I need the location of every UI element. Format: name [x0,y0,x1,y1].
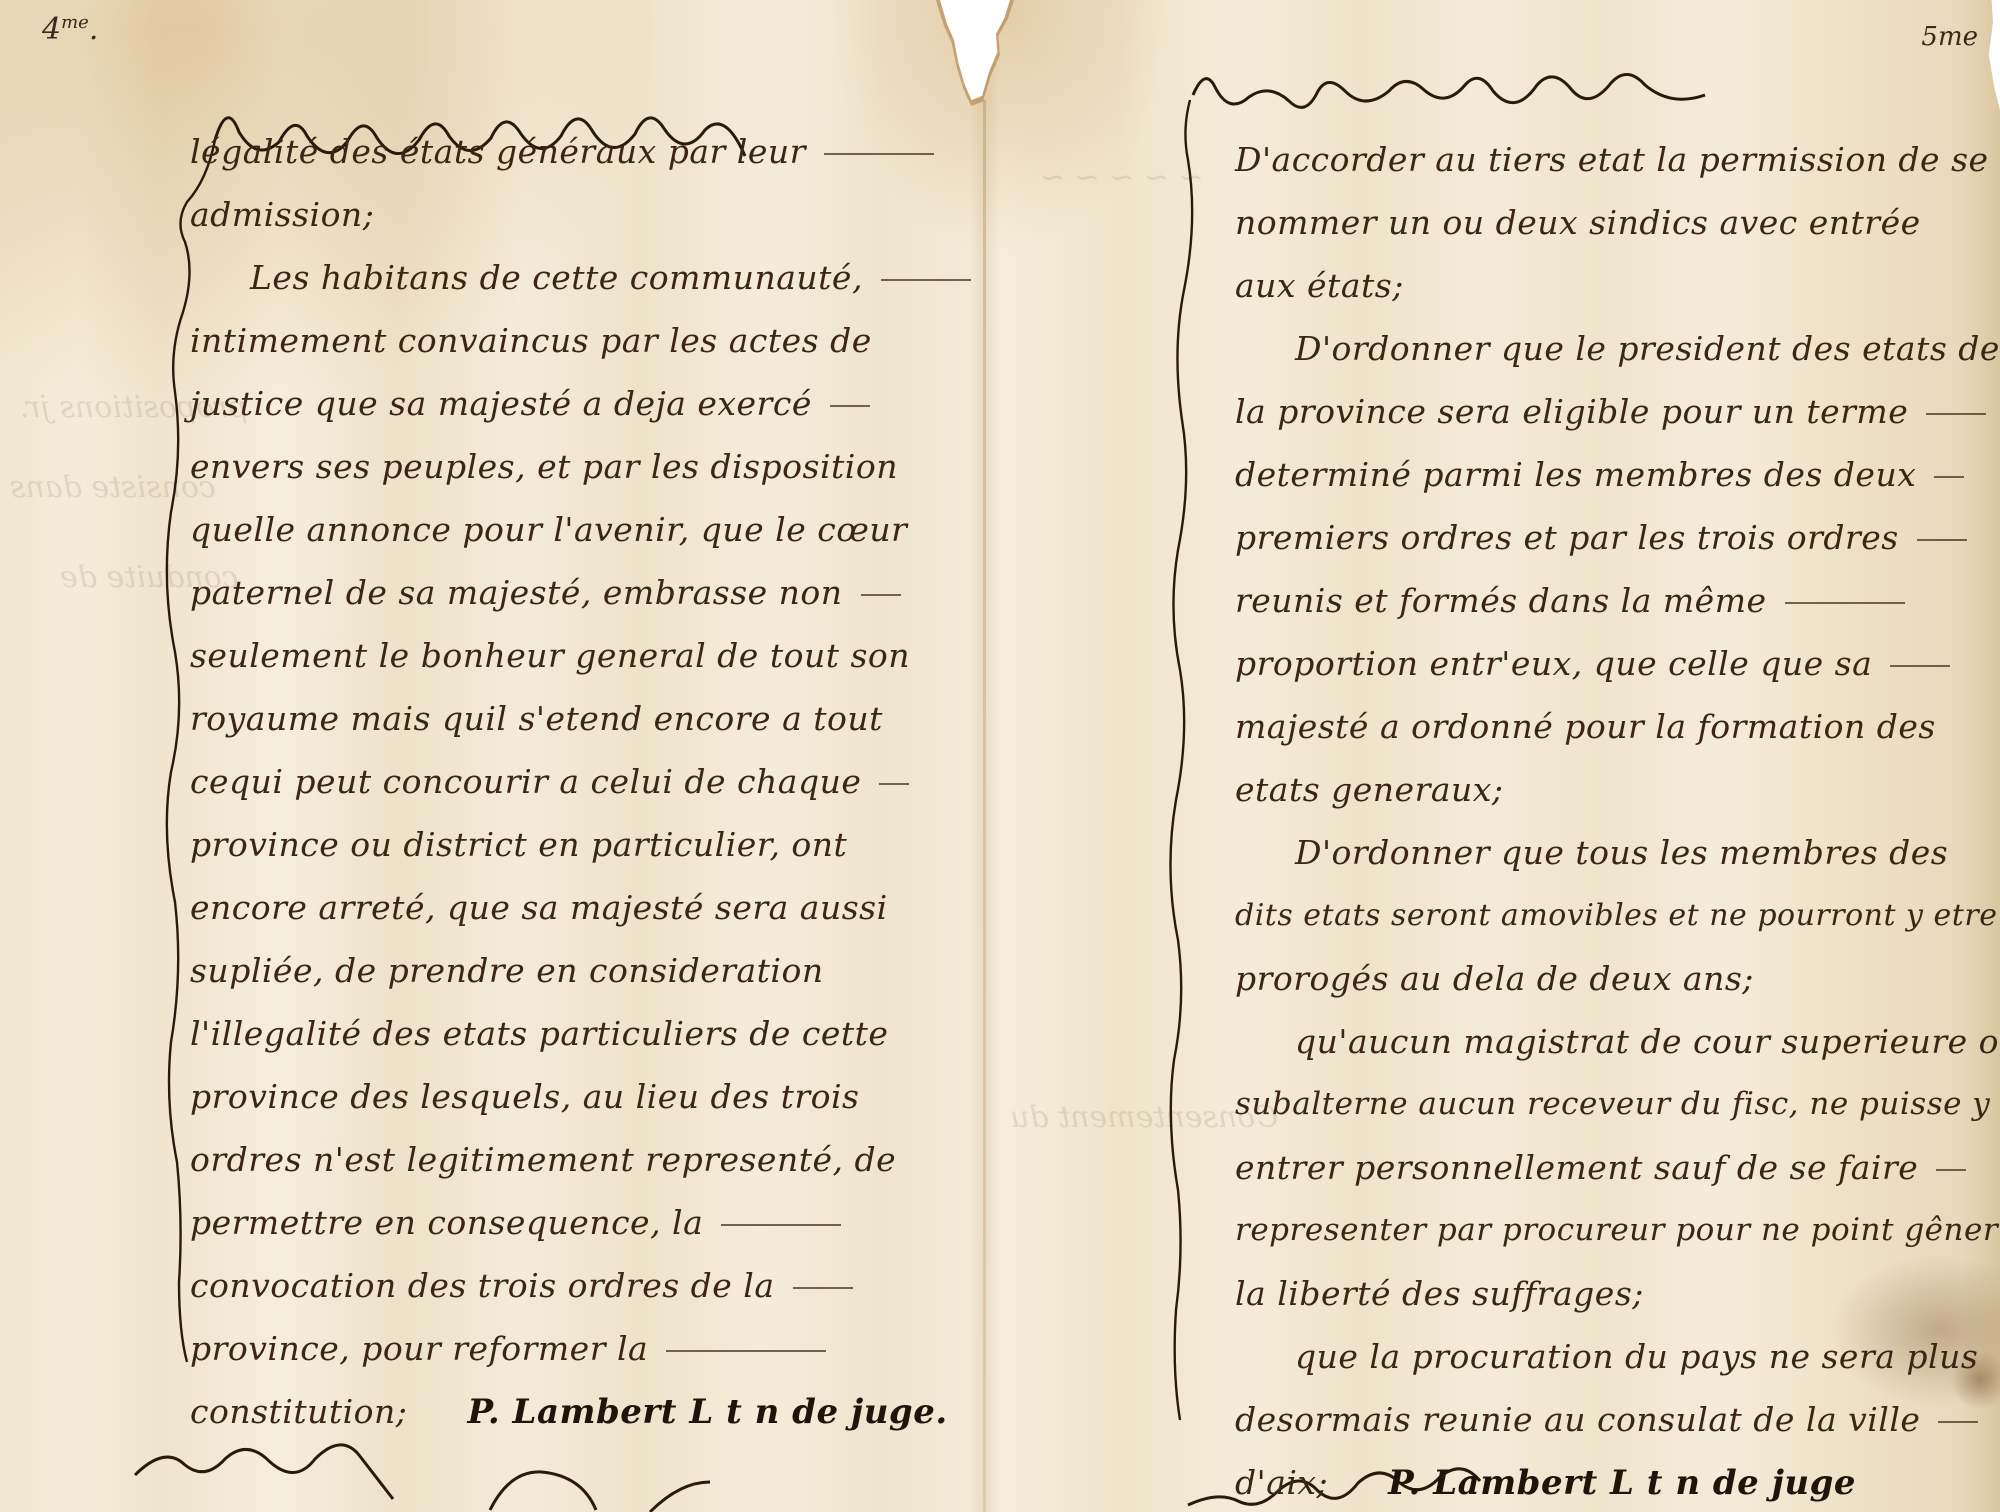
manuscript-line: royaume mais quil s'etend encore a tout [190,687,950,750]
manuscript-line: prorogés au dela de deux ans; [1235,947,1975,1010]
manuscript-line: cequi peut concourir a celui de chaque [190,750,950,813]
manuscript-line: encore arreté, que sa majesté sera aussi [190,876,950,939]
manuscript-line: entrer personnellement sauf de se faire [1235,1136,1975,1199]
manuscript-sheet: propositions jr. consiste dans conduite … [0,0,2000,1512]
line-filler-dash [1938,1421,1978,1423]
left-page: 4me. légalité des états généraux par leu… [0,0,980,1512]
line-filler-dash [881,279,971,281]
left-page-text: légalité des états généraux par leur adm… [190,120,950,1443]
manuscript-line: la province sera eligible pour un terme [1235,380,1975,443]
line-filler-dash [861,594,901,596]
manuscript-line: la liberté des suffrages; [1235,1262,1975,1325]
line-filler-dash [666,1350,826,1352]
page-number: 5me [1921,22,1978,52]
manuscript-line: admission; [190,183,950,246]
manuscript-line: subalterne aucun receveur du fisc, ne pu… [1235,1073,1975,1136]
manuscript-line: majesté a ordonné pour la formation des [1235,695,1975,758]
manuscript-line: supliée, de prendre en consideration [190,939,950,1002]
line-filler-dash [879,783,909,785]
line-filler-dash [824,153,934,155]
page-number: 4me. [42,12,98,47]
manuscript-line: D'ordonner que tous les membres des [1235,821,1975,884]
manuscript-line: que la procuration du pays ne sera plus [1235,1325,1975,1388]
manuscript-line: etats generaux; [1235,758,1975,821]
manuscript-line: constitution;P. Lambert L t n de juge. [190,1380,950,1443]
manuscript-line: reunis et formés dans la même [1235,569,1975,632]
line-filler-dash [793,1287,853,1289]
manuscript-line: premiers ordres et par les trois ordres [1235,506,1975,569]
manuscript-line: representer par procureur pour ne point … [1235,1199,1975,1262]
manuscript-line: seulement le bonheur general de tout son [190,624,950,687]
manuscript-line: d'aix;P. Lambert L t n de juge [1235,1451,1975,1512]
signature: P. Lambert L t n de juge [1388,1452,1856,1512]
line-filler-dash [1917,539,1967,541]
manuscript-line: nommer un ou deux sindics avec entrée [1235,191,1975,254]
manuscript-line: proportion entr'eux, que celle que sa [1235,632,1975,695]
line-filler-dash [1936,1169,1966,1171]
manuscript-line: envers ses peuples, et par les dispositi… [190,435,950,498]
line-filler-dash [1890,665,1950,667]
line-filler-dash [721,1224,841,1226]
manuscript-line: quelle annonce pour l'avenir, que le cœu… [190,498,950,561]
manuscript-line: justice que sa majesté a deja exercé [190,372,950,435]
manuscript-line: Les habitans de cette communauté, [190,246,950,309]
manuscript-line: ordres n'est legitimement representé, de [190,1128,950,1191]
manuscript-line: paternel de sa majesté, embrasse non [190,561,950,624]
line-filler-dash [1934,476,1964,478]
manuscript-line: légalité des états généraux par leur [190,120,950,183]
manuscript-line: determiné parmi les membres des deux [1235,443,1975,506]
manuscript-line: province, pour reformer la [190,1317,950,1380]
signature: P. Lambert L t n de juge. [467,1381,947,1444]
manuscript-line: D'ordonner que le president des etats de [1235,317,1975,380]
manuscript-line: dits etats seront amovibles et ne pourro… [1235,884,1975,947]
manuscript-line: convocation des trois ordres de la [190,1254,950,1317]
manuscript-line: province ou district en particulier, ont [190,813,950,876]
manuscript-line: D'accorder au tiers etat la permission d… [1235,128,1975,191]
manuscript-line: province des lesquels, au lieu des trois [190,1065,950,1128]
manuscript-line: aux états; [1235,254,1975,317]
manuscript-line: l'illegalité des etats particuliers de c… [190,1002,950,1065]
line-filler-dash [1926,413,1986,415]
right-page-text: D'accorder au tiers etat la permission d… [1235,128,1975,1512]
manuscript-line: permettre en consequence, la [190,1191,950,1254]
right-page: 5me D'accorder au tiers etat la permissi… [990,0,2000,1512]
manuscript-line: qu'aucun magistrat de cour superieure ou [1235,1010,1975,1073]
line-filler-dash [1785,602,1905,604]
manuscript-line: intimement convaincus par les actes de [190,309,950,372]
center-fold [983,100,986,1512]
line-filler-dash [830,405,870,407]
manuscript-line: desormais reunie au consulat de la ville [1235,1388,1975,1451]
